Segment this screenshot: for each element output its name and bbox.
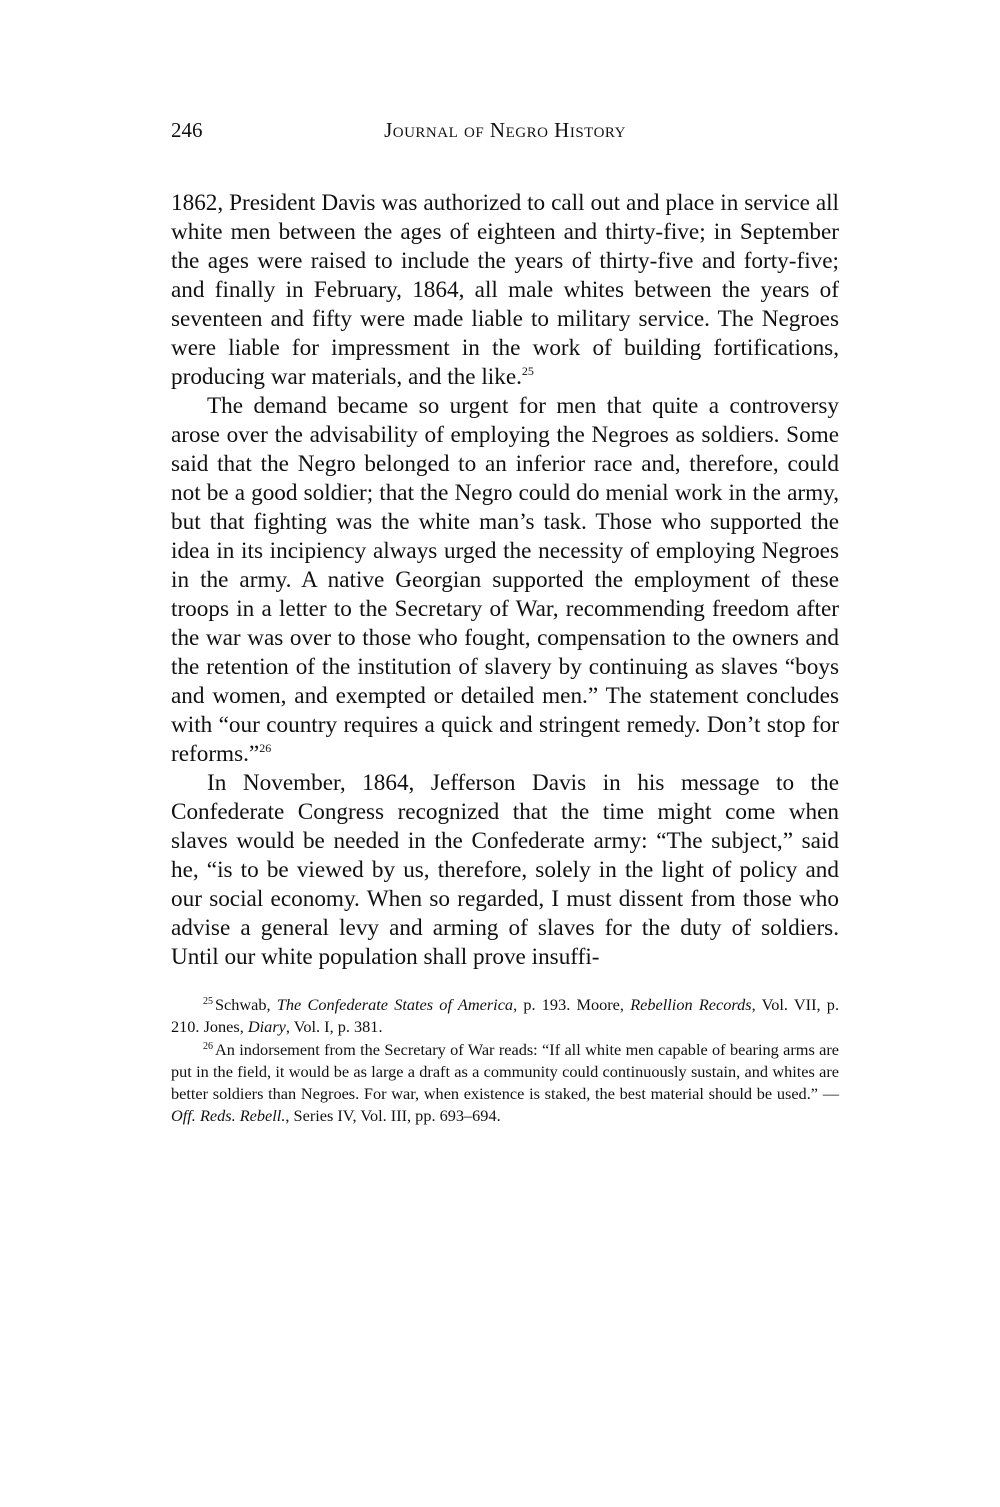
paragraph-2: The demand became so urgent for men that… — [171, 392, 839, 769]
footnote-run: An indorsement from the Secretary of War… — [171, 1040, 839, 1103]
paragraph-3: In November, 1864, Jefferson Davis in hi… — [171, 769, 839, 972]
footnote-text: Schwab, The Confederate States of Americ… — [171, 995, 839, 1036]
footnote-ref-25[interactable]: 25 — [522, 364, 534, 378]
footnote-text: An indorsement from the Secretary of War… — [171, 1040, 839, 1125]
footnotes: 25Schwab, The Confederate States of Amer… — [171, 994, 839, 1127]
paragraph-1: 1862, President Davis was authorized to … — [171, 189, 839, 392]
footnote-ref-26[interactable]: 26 — [259, 741, 271, 755]
citation-title: Off. Reds. Rebell. — [171, 1106, 285, 1125]
journal-title: Journal of Negro History — [171, 115, 839, 145]
citation-title: Rebellion Records — [630, 995, 751, 1014]
footnote-26: 26An indorsement from the Secretary of W… — [171, 1039, 839, 1127]
paragraph-text: 1862, President Davis was authorized to … — [171, 190, 839, 390]
citation-title: Diary — [248, 1017, 286, 1036]
paragraph-text: The demand became so urgent for men that… — [171, 393, 839, 767]
document-page: 246 Journal of Negro History 1862, Presi… — [171, 115, 839, 1128]
footnote-run: Schwab, — [215, 995, 277, 1014]
footnote-number: 26 — [203, 1041, 213, 1052]
citation-title: The Confederate States of America — [277, 995, 513, 1014]
footnote-run: , p. 193. Moore, — [513, 995, 630, 1014]
paragraph-text: In November, 1864, Jefferson Davis in hi… — [171, 770, 839, 970]
footnote-number: 25 — [203, 996, 213, 1007]
footnote-run: , Vol. I, p. 381. — [286, 1017, 383, 1036]
footnote-run: , Series IV, Vol. III, pp. 693–694. — [285, 1106, 500, 1125]
footnote-25: 25Schwab, The Confederate States of Amer… — [171, 994, 839, 1038]
body-text: 1862, President Davis was authorized to … — [171, 189, 839, 972]
running-head: 246 Journal of Negro History — [171, 115, 839, 145]
